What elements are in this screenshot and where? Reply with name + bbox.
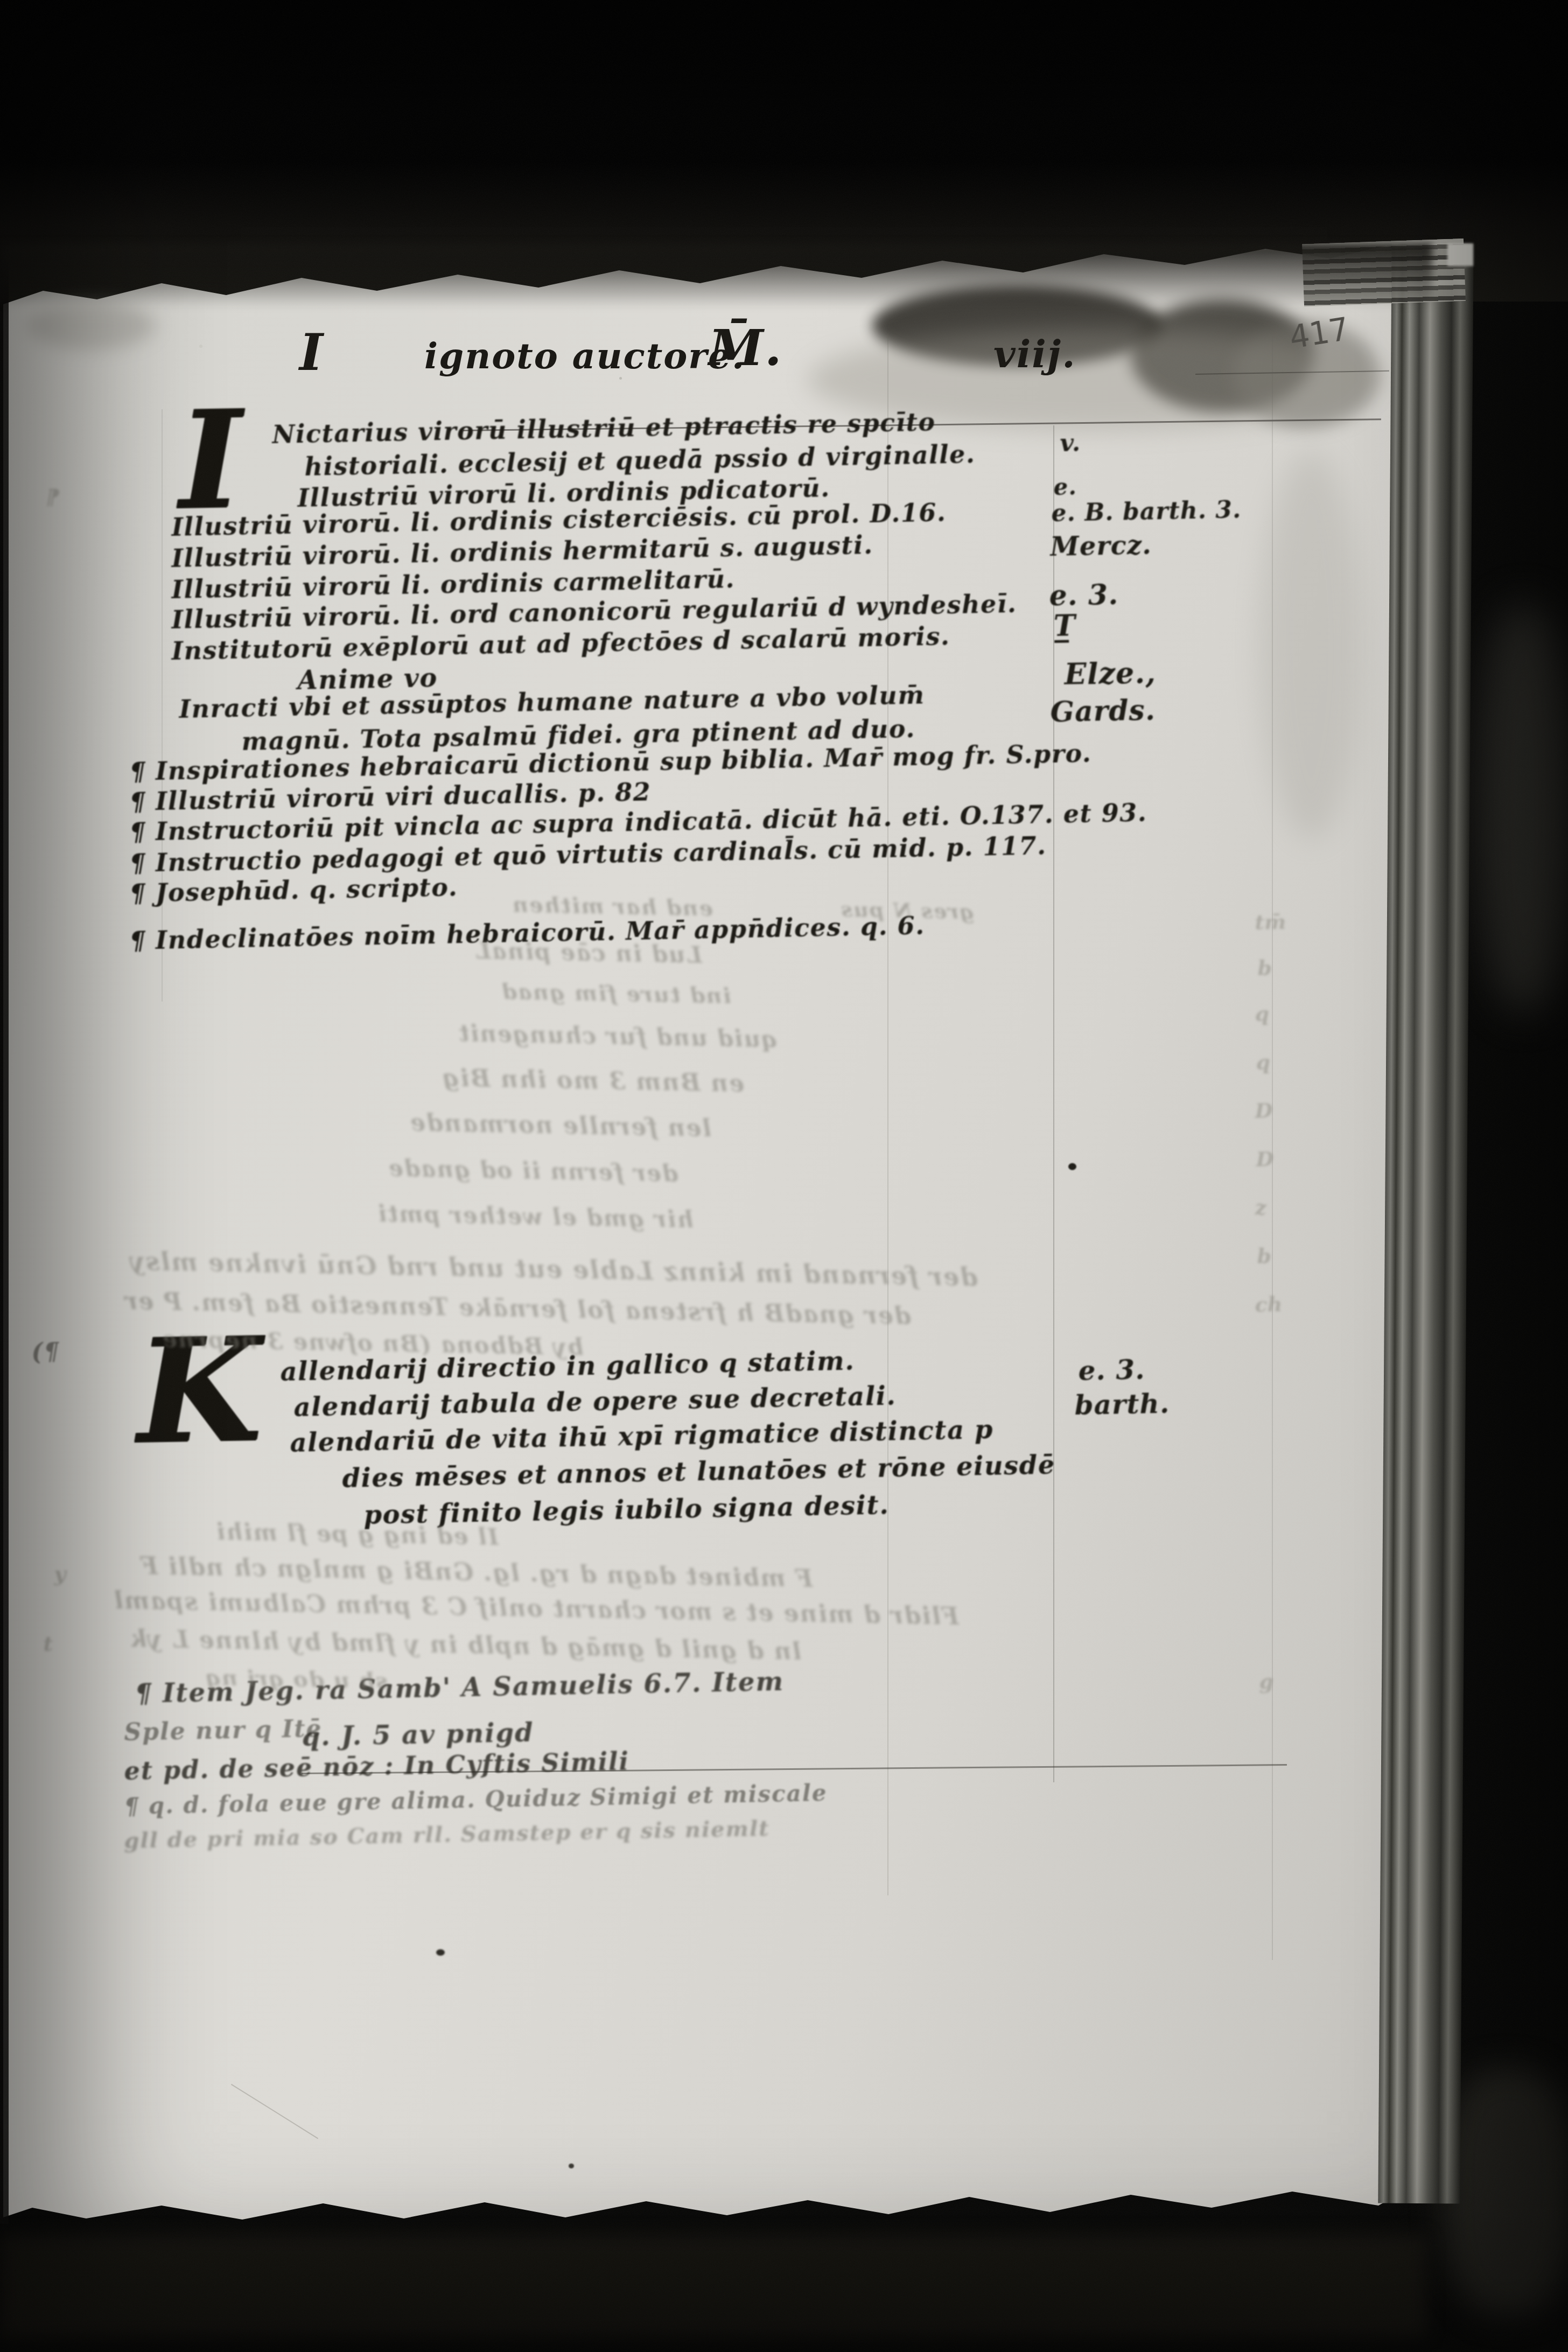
- bleedthrough-line: sh u do gri ng: [205, 1665, 388, 1694]
- header-monogram: M̄.: [709, 319, 783, 377]
- ghost-margin-mark: g: [1259, 1669, 1273, 1693]
- bleedthrough-line: ind ture fim gnad: [501, 979, 732, 1009]
- ink-dot: [1068, 1163, 1076, 1170]
- header-initial-letter: I: [299, 323, 324, 382]
- ghost-margin-mark: q: [1255, 1001, 1269, 1026]
- bleedthrough-line: Lud in cāe pinaL: [474, 937, 703, 968]
- ghost-margin-mark: q: [1256, 1049, 1270, 1074]
- ghost-margin-mark: D: [1256, 1146, 1274, 1171]
- left-scribble: (¶: [31, 1338, 60, 1366]
- water-stain: [27, 302, 156, 350]
- ghost-margin-mark: D: [1255, 1098, 1273, 1123]
- ghost-margin-mark: b: [1257, 955, 1272, 980]
- ghost-margin-mark: ch: [1255, 1292, 1283, 1317]
- ink-dot: [436, 1949, 445, 1956]
- bleedthrough-line: gres N pus: [840, 897, 975, 924]
- bleedthrough-line: Il ed ing g pe fl mihi: [215, 1518, 499, 1550]
- margin-shelfmark: e. 3.: [1078, 1354, 1145, 1387]
- decorated-initial-i: I: [178, 402, 243, 517]
- margin-shelfmark: T̲: [1053, 608, 1076, 643]
- bleedthrough-line: en Bnm 3 mo ihn Big: [442, 1065, 745, 1098]
- manuscript-photo: I ignoto auctore. M̄. viij. 417 I K Nict…: [0, 0, 1568, 2352]
- ghost-margin-mark: y: [54, 1562, 66, 1586]
- ghost-margin-mark: z: [1255, 1195, 1266, 1220]
- backdrop-bottom-band: [0, 2235, 1427, 2337]
- ink-dot: [569, 2164, 574, 2168]
- margin-shelfmark: Elze.,: [1064, 655, 1156, 691]
- page-left-edge-shadow: [0, 242, 9, 2224]
- margin-shelfmark: v.: [1060, 429, 1081, 457]
- faded-entry-fragment: q. J. 5 av pnigd: [302, 1718, 534, 1752]
- vertical-crease: [162, 409, 163, 1002]
- margin-shelfmark: Gards.: [1050, 694, 1156, 729]
- dust-speck: [199, 345, 202, 348]
- left-catch-mark: ⁋: [46, 485, 60, 510]
- bleedthrough-line: der fernn ii od gnade: [388, 1155, 678, 1187]
- top-edge-stain: [0, 243, 1432, 308]
- ghost-margin-mark: b: [1257, 1243, 1271, 1268]
- margin-shelfmark: barth.: [1074, 1388, 1170, 1421]
- faded-entry-fragment: Sple nur q Itē: [124, 1715, 323, 1746]
- folio-number-roman: viij.: [993, 332, 1076, 376]
- margin-shelfmark: Mercz.: [1050, 530, 1152, 562]
- page-tab: [1447, 243, 1473, 266]
- bleedthrough-line: end har mithen: [512, 892, 713, 921]
- margin-stain: [1260, 452, 1362, 840]
- ghost-margin-mark: tm̄: [1255, 909, 1286, 934]
- margin-shelfmark: e.: [1053, 473, 1077, 500]
- ghost-margin-mark: t: [43, 1632, 53, 1656]
- vertical-crease: [887, 334, 888, 1895]
- margin-shelfmark: e. 3.: [1049, 578, 1119, 612]
- backdrop-patch: [1443, 2068, 1568, 2315]
- dust-speck: [619, 377, 622, 380]
- header-title: ignoto auctore.: [424, 335, 745, 377]
- book-fore-edge: [1378, 243, 1473, 2204]
- margin-shelfmark: e. B. barth. 3.: [1051, 496, 1242, 527]
- backdrop-patch: [1479, 603, 1568, 1012]
- bleedthrough-line: len fernlle normande: [409, 1109, 712, 1143]
